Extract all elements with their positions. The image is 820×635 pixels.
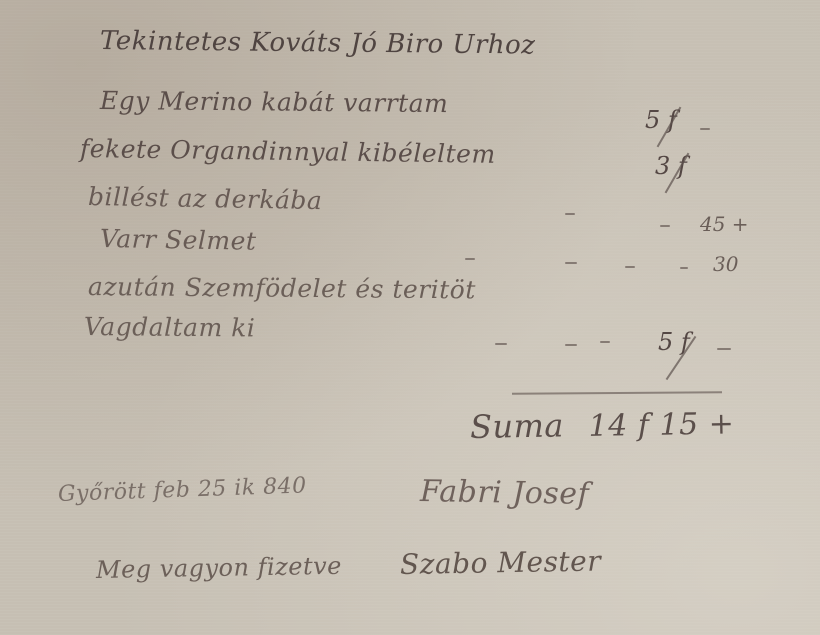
line-item-description: billést az derkába: [88, 182, 323, 215]
filler-dash: [465, 258, 475, 260]
line-item-description: Egy Merino kabát varrtam: [100, 86, 449, 118]
line-item-description: fekete Organdinnyal kibéleltem: [80, 134, 496, 169]
filler-dash: [680, 267, 688, 269]
line-item-description: Varr Selmet: [100, 224, 257, 256]
filler-dash: [495, 343, 507, 345]
filler-dash: [565, 262, 577, 264]
line-item-amount: 45 +: [700, 212, 749, 236]
invoice-heading: Tekintetes Kováts Jó Biro Urhoz: [100, 26, 536, 61]
filler-dash: [700, 128, 710, 130]
total-value: 14 f 15 +: [588, 406, 734, 444]
line-item-amount: 30: [713, 252, 738, 276]
filler-dash: [600, 341, 610, 343]
line-item-description: azután Szemfödelet és teritöt: [88, 272, 476, 304]
filler-dash: [717, 348, 731, 350]
place-date: Győrött feb 25 ik 840: [58, 473, 307, 507]
total-label: Suma: [470, 406, 565, 446]
total-rule-line: [512, 391, 722, 394]
payment-note: Meg vagyon fizetve: [96, 552, 342, 584]
signature: Fabri Josef: [420, 474, 590, 512]
filler-dash: [565, 213, 575, 215]
filler-dash: [565, 344, 577, 346]
total-line: Suma 14 f 15 +: [470, 403, 735, 446]
filler-dash: [625, 266, 635, 268]
signature-title: Szabo Mester: [400, 544, 602, 581]
line-item-description: Vagdaltam ki: [84, 312, 256, 342]
filler-dash: [660, 225, 670, 227]
